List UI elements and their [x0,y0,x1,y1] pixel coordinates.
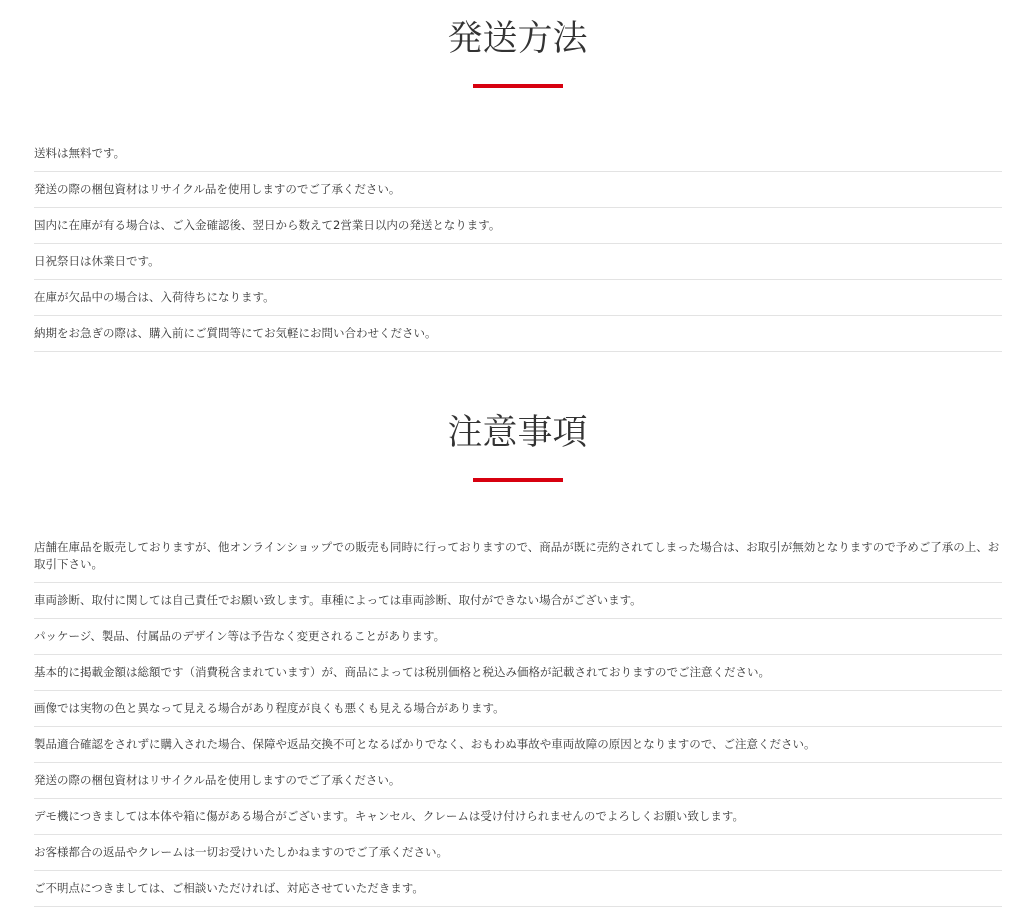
list-item: 日祝祭日は休業日です。 [34,244,1002,280]
shipping-section: 発送方法 送料は無料です。 発送の際の梱包資材はリサイクル品を使用しますのでご了… [0,0,1035,352]
notes-section: 注意事項 店舗在庫品を販売しておりますが、他オンラインショップでの販売も同時に行… [0,352,1035,907]
list-item: 基本的に掲載金額は総額です（消費税含まれています）が、商品によっては税別価格と税… [34,655,1002,691]
notes-list: 店舗在庫品を販売しておりますが、他オンラインショップでの販売も同時に行っておりま… [34,530,1002,907]
section-title-notes: 注意事項 [0,416,1035,451]
list-item: 発送の際の梱包資材はリサイクル品を使用しますのでご了承ください。 [34,763,1002,799]
shipping-list: 送料は無料です。 発送の際の梱包資材はリサイクル品を使用しますのでご了承ください… [34,136,1002,352]
list-item: 納期をお急ぎの際は、購入前にご質問等にてお気軽にお問い合わせください。 [34,316,1002,352]
list-item: 発送の際の梱包資材はリサイクル品を使用しますのでご了承ください。 [34,172,1002,208]
list-item: 車両診断、取付に関しては自己責任でお願い致します。車種によっては車両診断、取付が… [34,583,1002,619]
list-item: ご不明点につきましては、ご相談いただければ、対応させていただきます。 [34,871,1002,907]
title-underline [473,84,563,88]
title-underline [473,478,563,482]
list-item: 国内に在庫が有る場合は、ご入金確認後、翌日から数えて2営業日以内の発送となります… [34,208,1002,244]
list-item: 画像では実物の色と異なって見える場合があり程度が良くも悪くも見える場合があります… [34,691,1002,727]
list-item: 製品適合確認をされずに購入された場合、保障や返品交換不可となるばかりでなく、おも… [34,727,1002,763]
list-item: デモ機につきましては本体や箱に傷がある場合がございます。キャンセル、クレームは受… [34,799,1002,835]
list-item: お客様都合の返品やクレームは一切お受けいたしかねますのでご了承ください。 [34,835,1002,871]
list-item: 在庫が欠品中の場合は、入荷待ちになります。 [34,280,1002,316]
list-item: パッケージ、製品、付属品のデザイン等は予告なく変更されることがあります。 [34,619,1002,655]
list-item: 送料は無料です。 [34,136,1002,172]
section-title-shipping: 発送方法 [0,22,1035,57]
list-item: 店舗在庫品を販売しておりますが、他オンラインショップでの販売も同時に行っておりま… [34,530,1002,583]
